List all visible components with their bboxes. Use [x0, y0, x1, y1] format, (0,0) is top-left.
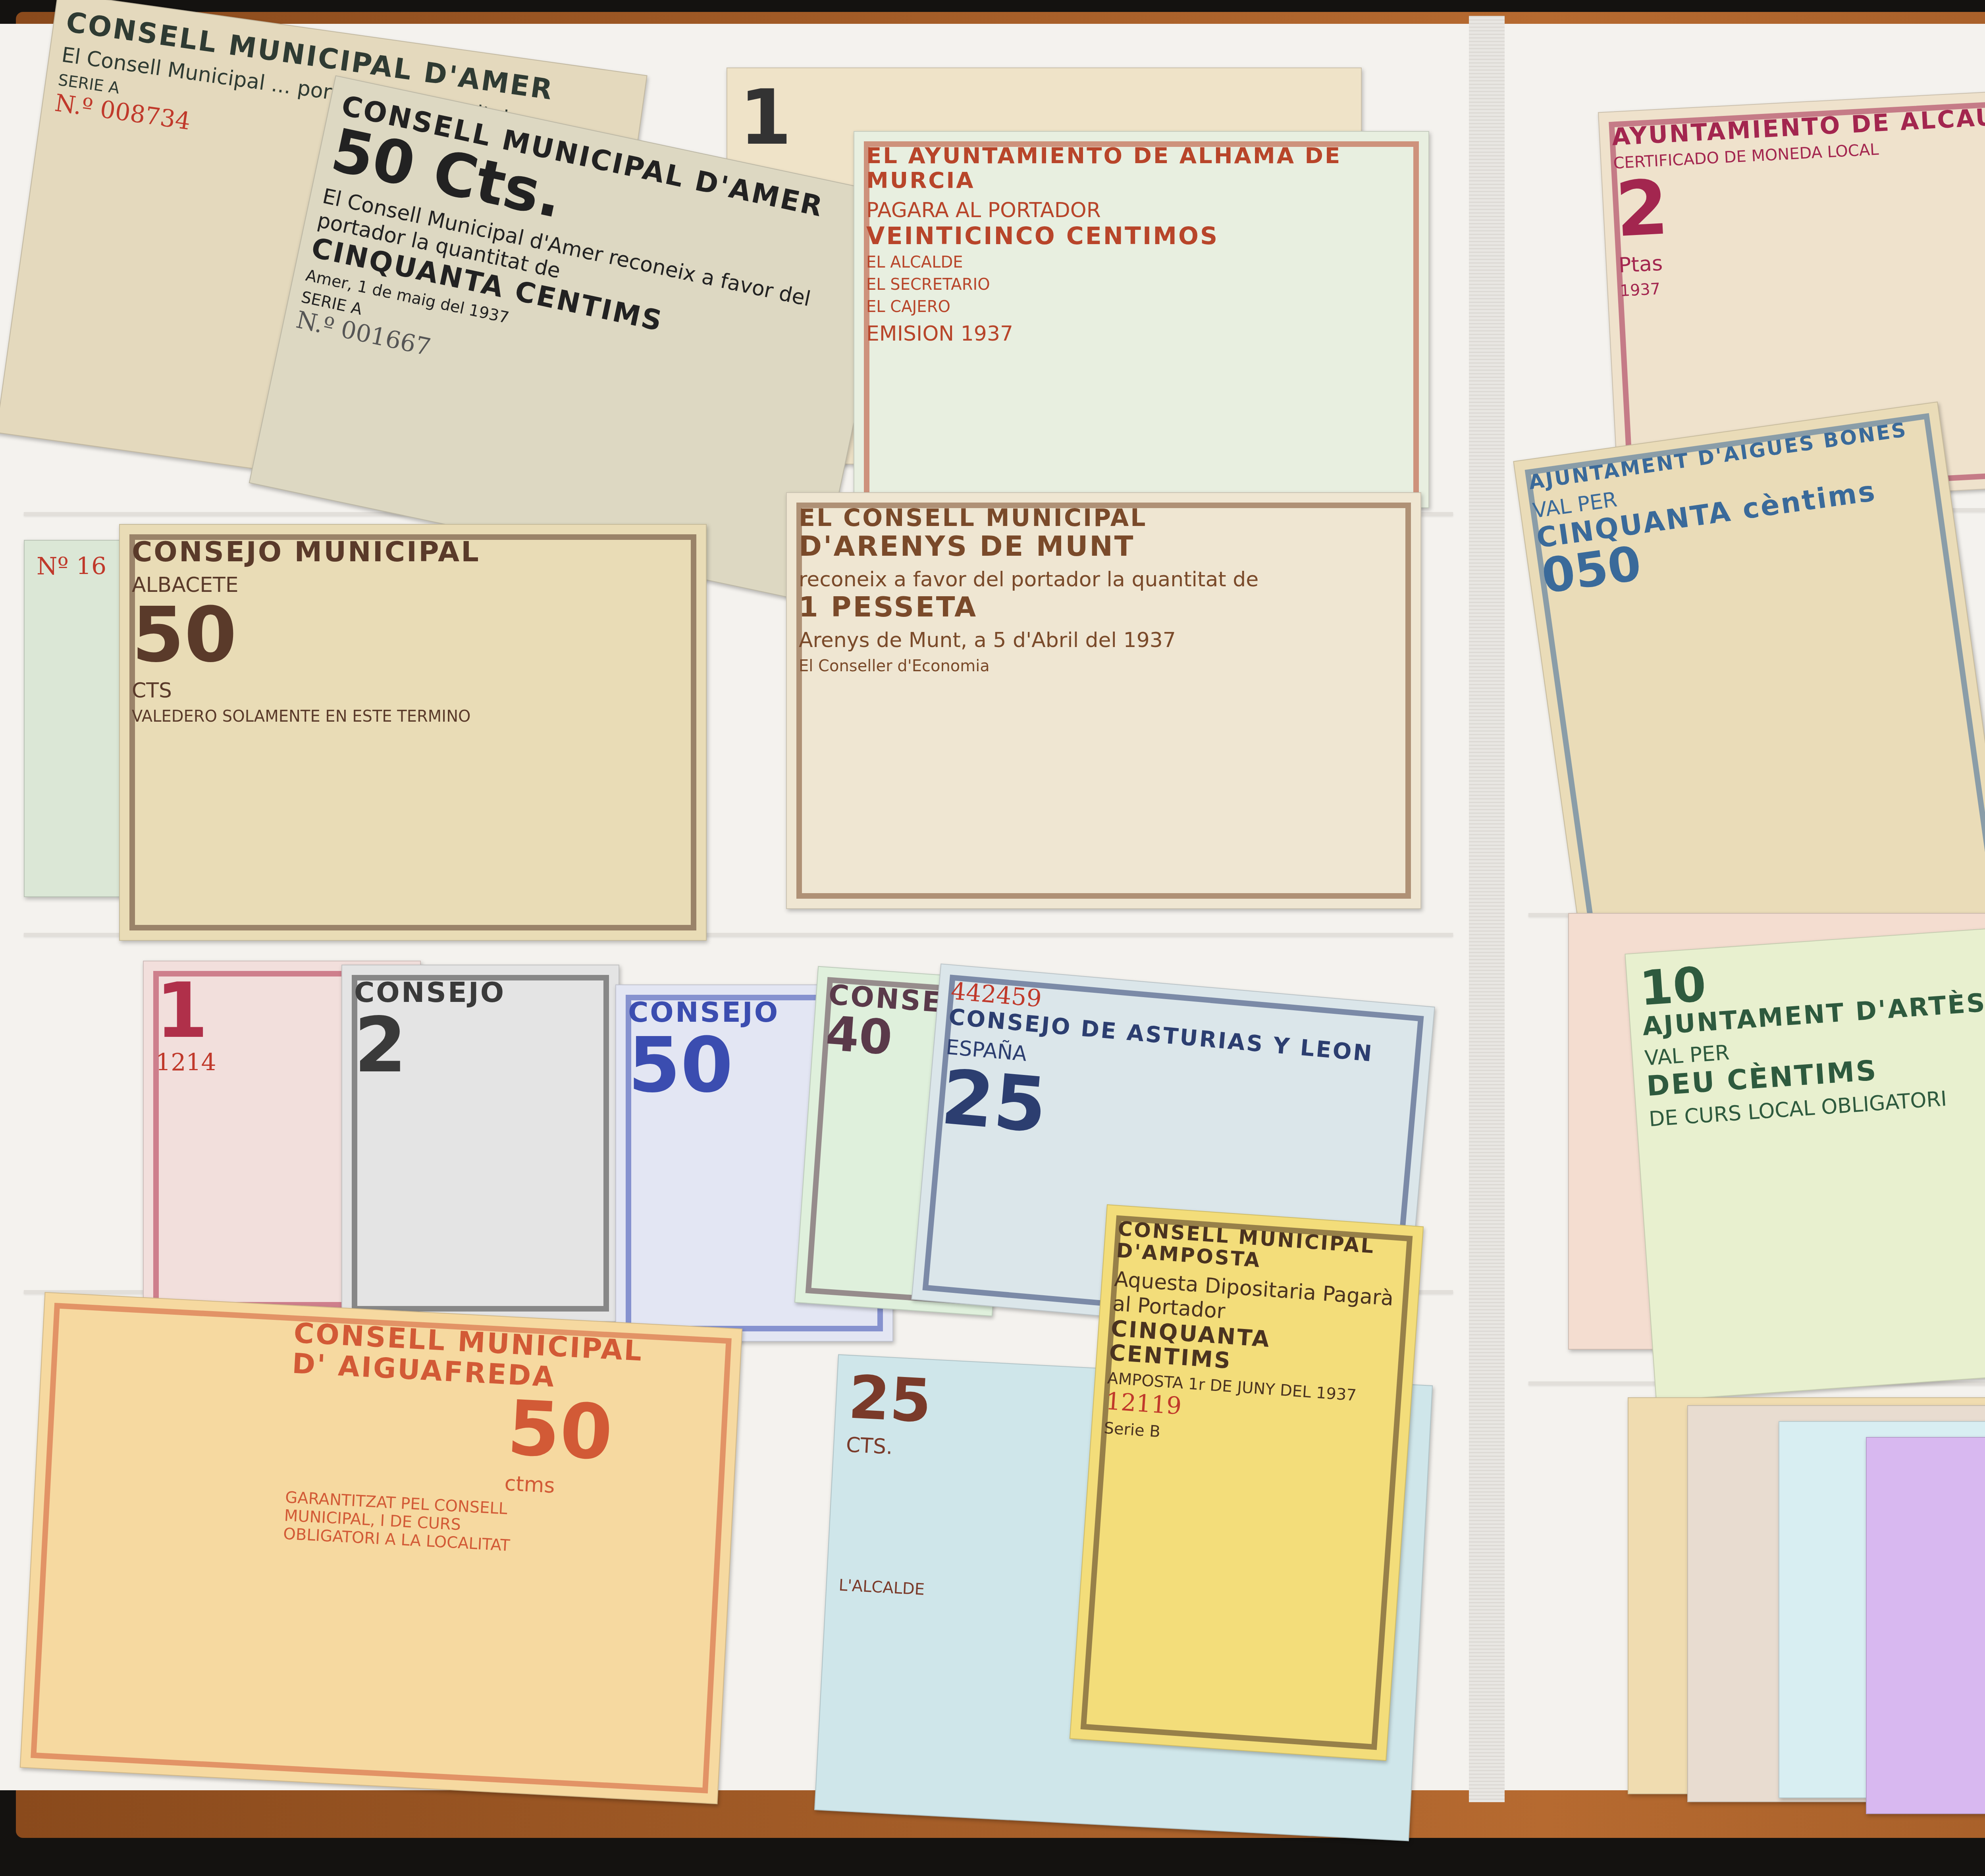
- album-photo: CONSELL MUNICIPAL D'AMER El Consell Muni…: [0, 0, 1985, 1876]
- note-value: 50: [132, 597, 694, 673]
- note-line: PAGARA AL PORTADOR: [866, 198, 1416, 223]
- banknote-aiguafreda-50: CONSELL MUNICIPAL D' AIGUAFREDA 50 ctms …: [20, 1292, 742, 1804]
- note-amount: 1 PESSETA: [799, 592, 1409, 622]
- note-emission: EMISION 1937: [866, 322, 1416, 346]
- note-unit: ctms: [504, 1471, 722, 1507]
- banknote-vint-25: EMISION APROBADA EN SESION EXTRAORDINARI…: [1866, 1437, 1985, 1814]
- note-signature-label: EL SECRETARIO: [866, 275, 1416, 294]
- note-title: CONSEJO MUNICIPAL: [132, 537, 694, 567]
- banknote-asturias-2: CONSEJO 2: [341, 965, 619, 1322]
- note-subtitle: D'ARENYS DE MUNT: [799, 531, 1409, 562]
- note-signature-label: EL CAJERO: [866, 298, 1416, 316]
- note-amount: VEINTICINCO CENTIMOS: [866, 223, 1416, 249]
- banknote-alhama-25: EL AYUNTAMIENTO DE ALHAMA DE MURCIA PAGA…: [854, 131, 1429, 508]
- note-body: reconeix a favor del portador la quantit…: [799, 567, 1409, 592]
- note-footer: VALEDERO SOLAMENTE EN ESTE TERMINO: [132, 707, 694, 726]
- note-signature-label: EL ALCALDE: [866, 253, 1416, 272]
- note-body: GARANTITZAT PEL CONSELL MUNICIPAL, I DE …: [283, 1489, 523, 1556]
- banknote-artes-10: 10 AJUNTAMENT D'ARTÈS VAL PER DEU CÈNTIM…: [1625, 913, 1985, 1401]
- note-title: EL CONSELL MUNICIPAL: [799, 505, 1409, 531]
- note-value: 2: [354, 1008, 607, 1083]
- banknote-arenys-1: EL CONSELL MUNICIPAL D'ARENYS DE MUNT re…: [786, 492, 1421, 909]
- note-signature-label: El Conseller d'Economia: [799, 657, 1409, 675]
- note-date: Arenys de Munt, a 5 d'Abril del 1937: [799, 628, 1409, 653]
- note-unit: CTS: [132, 678, 694, 703]
- album-spine: [1469, 16, 1505, 1802]
- banknote-amposta-50: CONSELL MUNICIPAL D'AMPOSTA Aquesta Dipo…: [1070, 1204, 1424, 1761]
- banknote-aiguesbones-50: AJUNTAMENT D'AIGUES BONES VAL PER CINQUA…: [1513, 401, 1985, 992]
- banknote-albacete-50: CONSEJO MUNICIPAL ALBACETE 50 CTS VALEDE…: [119, 524, 707, 941]
- note-value: 50: [505, 1390, 726, 1477]
- note-title: EL AYUNTAMIENTO DE ALHAMA DE MURCIA: [866, 144, 1416, 193]
